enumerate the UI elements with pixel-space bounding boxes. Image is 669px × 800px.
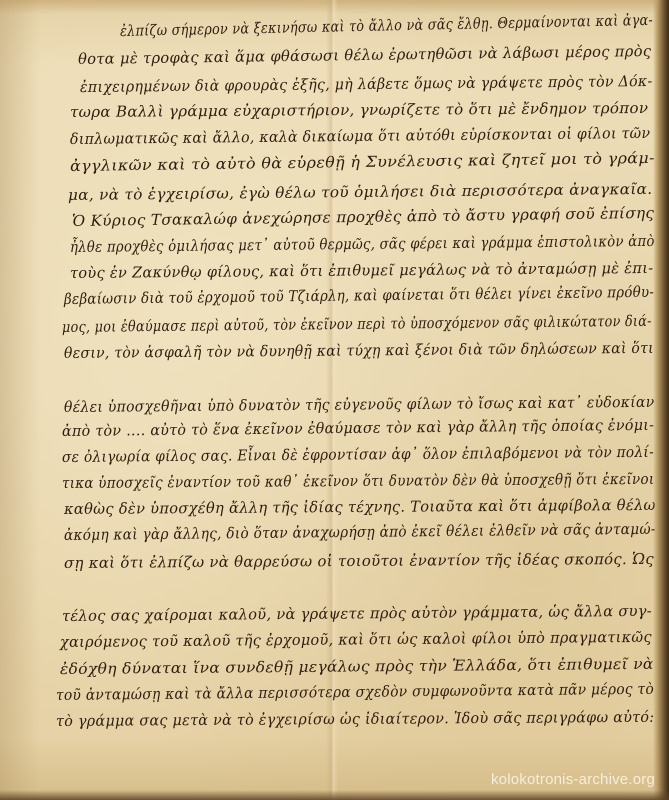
- bottom-edge-shadow: [0, 790, 669, 800]
- archive-watermark: kolokotronis-archive.org: [491, 771, 655, 788]
- manuscript-line: διπλωματικῶς καὶ ἄλλο, καλὰ δικαίωμα ὅτι…: [70, 124, 650, 148]
- manuscript-line: θεσιν, τὸν ἀσφαλῆ τὸν νὰ δυνηθῇ καὶ τύχῃ…: [64, 339, 654, 362]
- manuscript-line: σε ὀλιγωρία φίλος σας. Εἶναι δὲ ἐφροντίσ…: [62, 443, 654, 466]
- manuscript-line: ἐπιχειρημένων διὰ φρουρὰς ἑξῆς, μὴ λάβετ…: [80, 72, 653, 96]
- manuscript-line: θοτα μὲ τροφὰς καὶ ἅμα φθάσωσι θέλω ἐρωτ…: [78, 42, 652, 68]
- manuscript-line: τὸ γράμμα σας μετὰ νὰ τὸ ἐγχειρίσω ὡς ἰδ…: [56, 708, 654, 730]
- manuscript-line: ἦλθε προχθὲς ὁμιλήσας μετ᾽ αὐτοῦ θερμῶς,…: [70, 232, 655, 256]
- manuscript-line: σῃ καὶ ὅτι ἐλπίζω νὰ θαρρεύσω οἱ τοιοῦτο…: [64, 550, 654, 572]
- manuscript-line: ἀγγλικῶν καὶ τὸ αὐτὸ θὰ εὑρεθῇ ἡ Συνέλευ…: [70, 149, 655, 175]
- manuscript-line: βεβαίωσιν διὰ τοῦ ἐρχομοῦ τοῦ Τζιάρλη, κ…: [64, 283, 654, 308]
- manuscript-line: μα, νὰ τὸ ἐγχειρίσω, ἐγὼ θέλω τοῦ ὁμιλήσ…: [68, 180, 653, 204]
- manuscript-line: τοὺς ἐν Ζακύνθῳ φίλους, καὶ ὅτι ἐπιθυμεῖ…: [70, 259, 654, 282]
- manuscript-line: ἐλπίζω σήμερον νὰ ξεκινήσω καὶ τὸ ἄλλο ν…: [120, 11, 653, 40]
- manuscript-line: τικα ὑποσχεῖς ἐναντίον τοῦ καθ᾽ ἐκεῖνον …: [62, 470, 654, 492]
- manuscript-line: ἐδόχθη δύναται ἵνα συνδεθῇ μεγάλως πρὸς …: [60, 655, 654, 678]
- manuscript-line: ἀκόμη καὶ γὰρ ἄλλης, διὸ ὅταν ἀναχωρήσῃ …: [64, 520, 656, 544]
- right-edge-shadow: [653, 0, 669, 800]
- manuscript-line: τοῦ ἀνταμώσῃ καὶ τὰ ἄλλα περισσότερα σχε…: [56, 680, 654, 704]
- manuscript-page: ἐλπίζω σήμερον νὰ ξεκινήσω καὶ τὸ ἄλλο ν…: [0, 0, 669, 800]
- manuscript-line: θέλει ὑποσχεθῆναι ὑπὸ δυνατὸν τῆς εὐγενο…: [64, 393, 655, 416]
- manuscript-line: καθὼς δὲν ὑποσχέθη ἄλλη τῆς ἰδίας τέχνης…: [64, 496, 656, 518]
- manuscript-line: ἀπὸ τὸν .... αὐτὸ τὸ ἕνα ἐκεῖνον ἐθαύμασ…: [62, 416, 654, 440]
- manuscript-line: Ὁ Κύριος Τσακαλώφ ἀνεχώρησε προχθὲς ἀπὸ …: [72, 204, 655, 230]
- manuscript-line: χαιρόμενος τοῦ καλοῦ τῆς ἐρχομοῦ, καὶ ὅτ…: [60, 628, 652, 651]
- manuscript-line: τέλος σας χαίρομαι καλοῦ, νὰ γράψετε πρὸ…: [62, 602, 652, 625]
- manuscript-line: μος, μοι ἐθαύμασε περὶ αὐτοῦ, τὸν ἐκεῖνο…: [62, 312, 652, 336]
- manuscript-line: τωρα Βαλλὶ γράμμα εὐχαριστήριον, γνωρίζε…: [70, 99, 648, 121]
- handwritten-text-block: ἐλπίζω σήμερον νὰ ξεκινήσω καὶ τὸ ἄλλο ν…: [0, 0, 669, 800]
